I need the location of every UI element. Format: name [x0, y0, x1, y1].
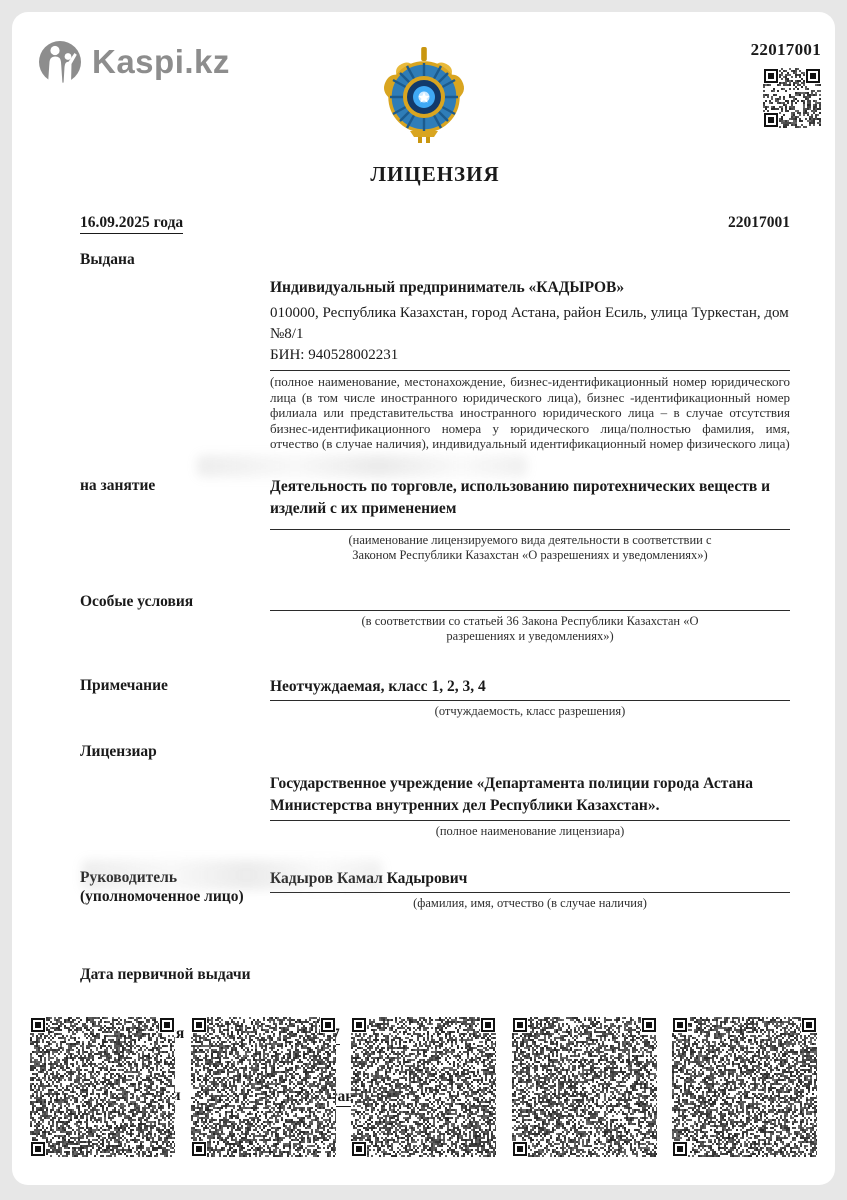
issue-date: 16.09.2025 года [80, 214, 183, 234]
head-label-line1: Руководитель [80, 868, 270, 887]
signature-qr-code [191, 1017, 336, 1157]
note-value: Неотчуждаемая, класс 1, 2, 3, 4 [270, 676, 790, 698]
signature-qr-row [12, 1017, 835, 1157]
activity-field: Деятельность по торговле, использованию … [270, 476, 790, 564]
document-title: ЛИЦЕНЗИЯ [80, 162, 790, 187]
field-rule [270, 529, 790, 530]
note-field: Неотчуждаемая, класс 1, 2, 3, 4 (отчужда… [270, 676, 790, 720]
licensor-value: Государственное учреждение «Департамента… [270, 773, 790, 817]
document-qr-code [763, 68, 821, 128]
license-number: 22017001 [728, 214, 790, 234]
signature-qr-code [672, 1017, 817, 1157]
licensor-field: Государственное учреждение «Департамента… [270, 773, 790, 840]
activity-caption: (наименование лицензируемого вида деятел… [270, 533, 790, 564]
holder-name: Индивидуальный предприниматель «КАДЫРОВ» [270, 277, 790, 299]
note-label: Примечание [80, 676, 270, 695]
signature-qr-code [351, 1017, 496, 1157]
holder-address: 010000, Республика Казахстан, город Аста… [270, 303, 790, 345]
head-label: Руководитель (уполномоченное лицо) [80, 868, 270, 906]
holder-field: Индивидуальный предприниматель «КАДЫРОВ»… [270, 277, 790, 452]
field-rule [270, 700, 790, 701]
signature-qr-code [512, 1017, 657, 1157]
field-rule [270, 610, 790, 611]
licensor-label: Лицензиар [80, 742, 790, 761]
head-caption: (фамилия, имя, отчество (в случае наличи… [270, 896, 790, 912]
field-rule [270, 892, 790, 893]
first-issue-label: Дата первичной выдачи [80, 965, 790, 984]
kazakhstan-emblem [12, 45, 835, 145]
document-header: Kaspi.kz [12, 12, 835, 140]
special-conditions-caption: (в соответствии со статьей 36 Закона Рес… [270, 614, 790, 645]
kazakhstan-emblem-icon [374, 45, 474, 145]
head-value: Кадыров Камал Кадырович [270, 868, 790, 890]
signature-qr-code [30, 1017, 175, 1157]
special-conditions-label: Особые условия [80, 592, 270, 611]
licensor-caption: (полное наименование лицензиара) [270, 824, 790, 840]
meta-row: 16.09.2025 года 22017001 [80, 214, 790, 234]
activity-label: на занятие [80, 476, 270, 495]
holder-caption: (полное наименование, местонахождение, б… [270, 374, 790, 452]
document-number-top: 22017001 [751, 40, 821, 60]
issued-label: Выдана [80, 250, 790, 269]
document-body: ЛИЦЕНЗИЯ 16.09.2025 года 22017001 Выдана… [12, 162, 835, 1108]
license-document: Kaspi.kz [12, 12, 835, 1185]
special-conditions-field: (в соответствии со статьей 36 Закона Рес… [270, 592, 790, 645]
activity-value: Деятельность по торговле, использованию … [270, 476, 790, 520]
holder-bin: БИН: 940528002231 [270, 345, 790, 366]
note-caption: (отчуждаемость, класс разрешения) [270, 704, 790, 720]
head-field: Кадыров Камал Кадырович (фамилия, имя, о… [270, 868, 790, 912]
header-right-block: 22017001 [751, 40, 821, 133]
field-rule [270, 820, 790, 821]
head-label-line2: (уполномоченное лицо) [80, 887, 270, 906]
field-rule [270, 370, 790, 371]
